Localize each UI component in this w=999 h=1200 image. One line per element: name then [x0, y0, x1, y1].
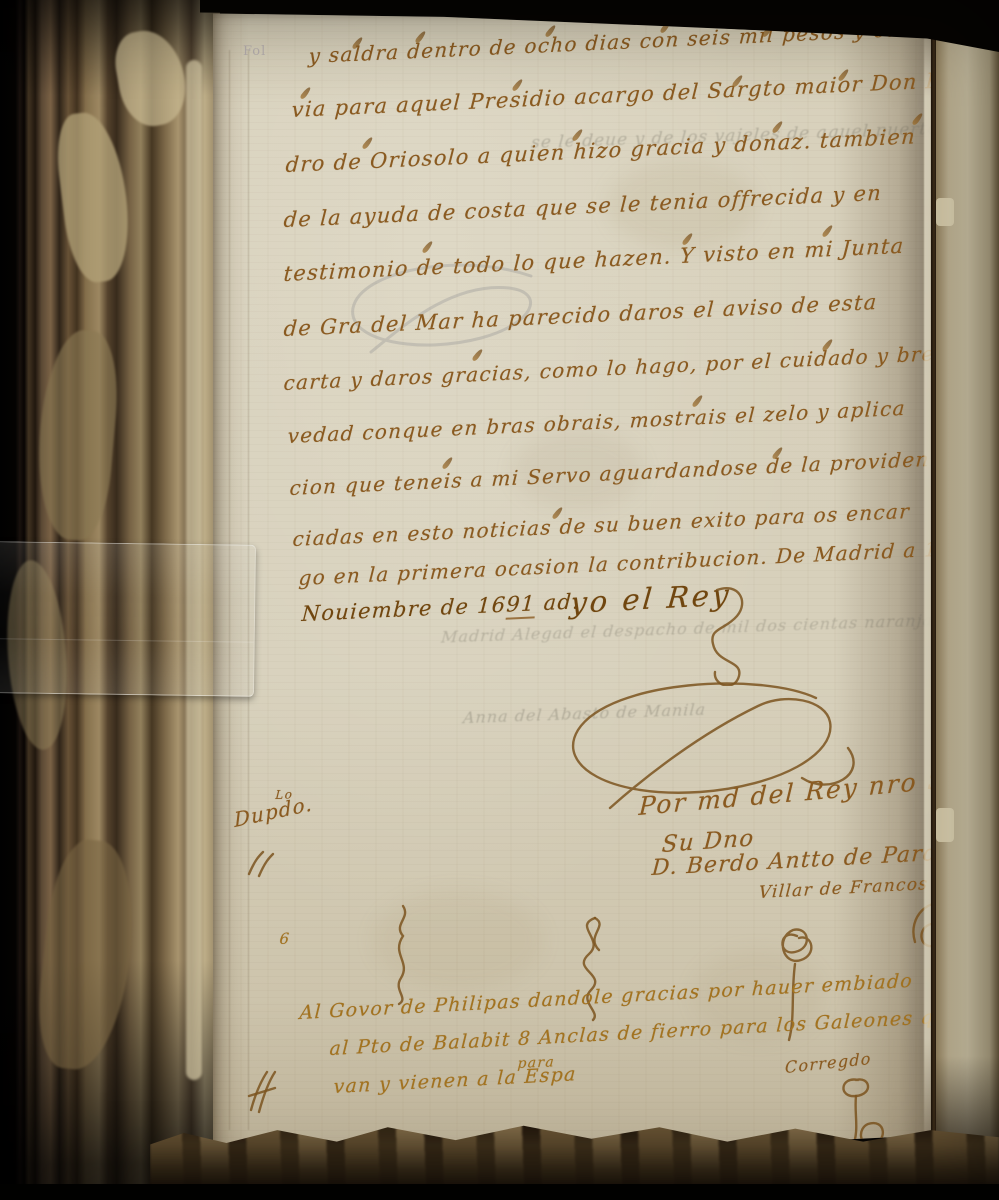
docket-line: van y vienen a la Espa: [333, 1063, 577, 1098]
ink-stroke: [821, 224, 833, 238]
manuscript-line: de la ayuda de costa que se le tenia off…: [283, 181, 883, 232]
torn-page-scrap: [52, 109, 136, 286]
margin-paraph: [243, 1066, 285, 1120]
page-edge-tab: [936, 808, 954, 842]
folio-pencil-mark: Fol: [243, 44, 266, 59]
manuscript-dateline: Nouiembre de 1691 ad.: [301, 589, 581, 626]
dateline-year: 91: [506, 591, 537, 619]
gutter-highlight: [924, 6, 931, 1156]
royal-signature-rubric: [699, 582, 755, 686]
page-edge-tab: [936, 198, 954, 226]
council-paraph: [381, 900, 425, 1008]
manuscript-photo: Fol se le deue y de los vajeles de aquel…: [0, 0, 999, 1200]
manuscript-line: testimonio de todo lo que hazen. Y visto…: [283, 234, 905, 286]
torn-page-scrap: [31, 327, 123, 543]
margin-mark: 6: [279, 929, 291, 948]
manuscript-page: Fol se le deue y de los vajeles de aquel…: [213, 10, 935, 1158]
margin-underline-flourish: [243, 850, 283, 880]
transparent-ruler-strip: [0, 541, 256, 697]
ruler-reflection: [0, 638, 254, 643]
torn-page-scrap: [110, 25, 192, 131]
torn-page-scrap: [32, 836, 142, 1074]
background-strip: [0, 1184, 999, 1200]
manuscript-line: via para aquel Presidio acargo del Sargt…: [291, 68, 955, 122]
ink-stroke: [421, 240, 433, 254]
margin-duplicate-note: Dupdo.: [233, 791, 313, 832]
ink-stroke: [361, 136, 373, 150]
dateline-prefix: Nouiembre de 16: [301, 593, 507, 626]
next-page-sliver: [936, 0, 999, 1200]
gutter-fold: [931, 0, 936, 1175]
